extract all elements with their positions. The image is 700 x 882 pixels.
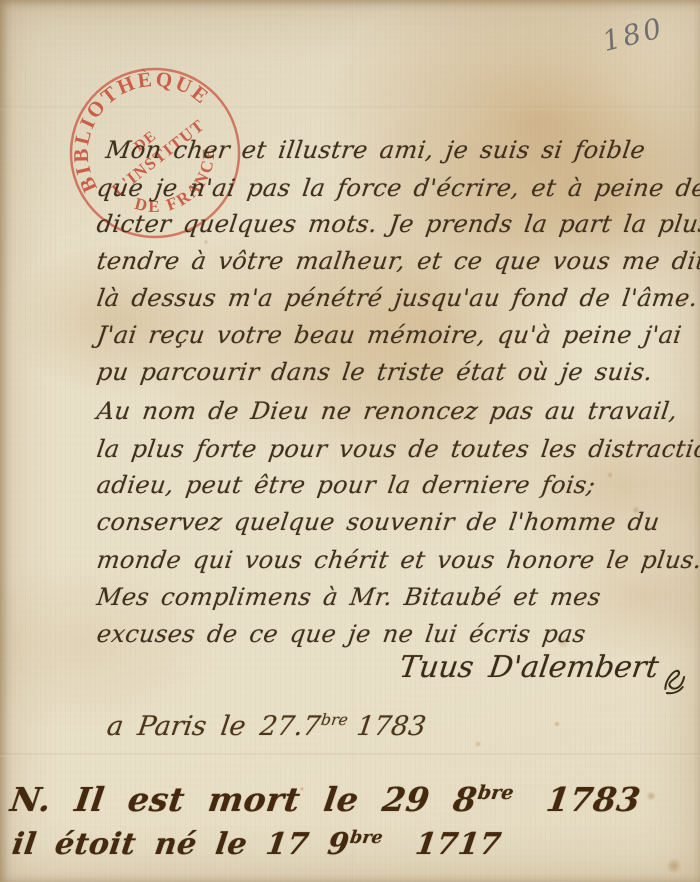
letter-line: excuses de ce que je ne lui écris pas	[95, 620, 588, 648]
signature: Tuus D'alembert	[397, 650, 691, 685]
signature-paraph-icon	[661, 663, 689, 695]
dateline: a Paris le 27.7bre1783	[105, 710, 428, 742]
letter-line: Mon cher et illustre ami, je suis si foi…	[104, 136, 647, 164]
annotation-death-text: N. Il est mort le 29 8	[8, 780, 480, 819]
signature-text: Tuus D'alembert	[397, 650, 661, 685]
letter-line: dicter quelques mots. Je prends la part …	[95, 210, 700, 238]
annotation-death-date: N. Il est mort le 29 8bre1783	[8, 780, 643, 819]
manuscript-page: 180 BIBLIOTHÈQUE DE L'INSTITUT DE FRANCE…	[0, 0, 700, 882]
letter-line: conservez quelque souvenir de l'homme du	[95, 508, 661, 536]
letter-line: Au nom de Dieu ne renoncez pas au travai…	[95, 397, 679, 425]
dateline-ordinal: bre	[320, 710, 349, 729]
annotation-birth-date: il étoit né le 17 9bre1717	[10, 827, 504, 862]
annotation-birth-year: 1717	[413, 827, 503, 862]
letter-line: pu parcourir dans le triste état où je s…	[95, 358, 655, 386]
letter-line: la plus forte pour vous de toutes les di…	[95, 435, 700, 463]
letter-line: que je n'ai pas la force d'écrire, et à …	[95, 174, 700, 202]
annotation-birth-text: il étoit né le 17 9	[10, 827, 352, 862]
dateline-text: a Paris le 27.7	[105, 711, 322, 742]
dateline-year: 1783	[355, 711, 428, 742]
letter-line: monde qui vous chérit et vous honore le …	[95, 546, 700, 574]
fold-crease-horizontal	[0, 753, 700, 757]
letter-line: J'ai reçu votre beau mémoire, qu'à peine…	[95, 321, 684, 349]
annotation-birth-ordinal: bre	[349, 828, 384, 848]
letter-line: Mes complimens à Mr. Bitaubé et mes	[95, 583, 603, 611]
letter-line: tendre à vôtre malheur, et ce que vous m…	[95, 247, 700, 275]
folio-number: 180	[599, 11, 668, 58]
annotation-death-ordinal: bre	[476, 781, 515, 804]
letter-line: adieu, peut être pour la derniere fois;	[95, 471, 597, 499]
letter-line: là dessus m'a pénétré jusqu'au fond de l…	[95, 284, 700, 312]
annotation-death-year: 1783	[544, 780, 643, 819]
